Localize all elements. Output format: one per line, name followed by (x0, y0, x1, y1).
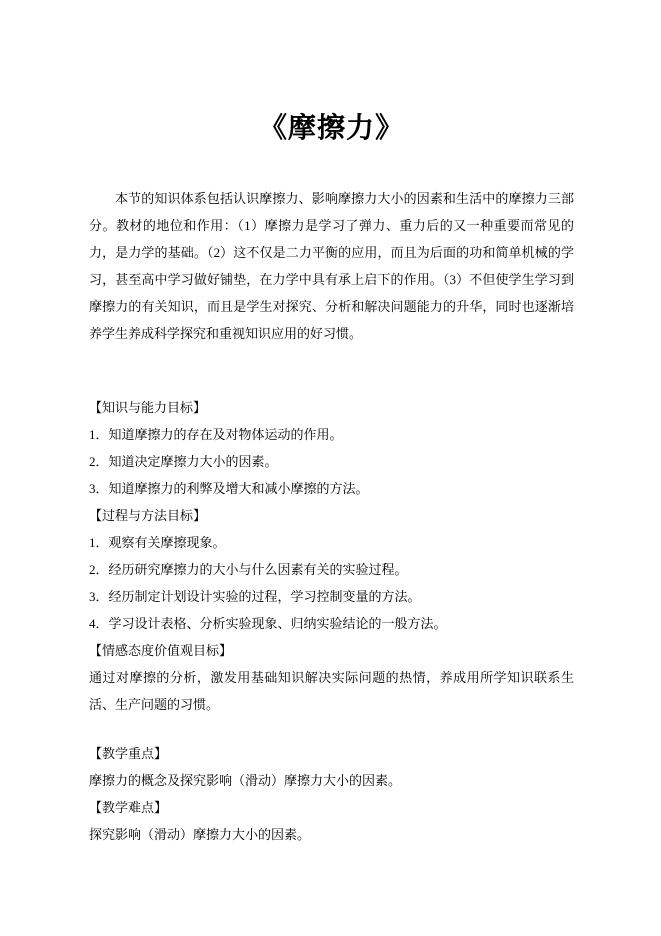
section-heading: 【过程与方法目标】 (89, 502, 574, 529)
section-heading: 【知识与能力目标】 (89, 394, 574, 421)
intro-paragraph: 本节的知识体系包括认识摩擦力、影响摩擦力大小的因素和生活中的摩擦力三部分。教材的… (89, 185, 574, 347)
section-heading: 【教学难点】 (89, 794, 574, 821)
section-emotion-attitude-values-goals: 【情感态度价值观目标】 通过对摩擦的分析，激发用基础知识解决实际问题的热情，养成… (89, 637, 574, 718)
list-item: 1．知道摩擦力的存在及对物体运动的作用。 (89, 421, 574, 448)
section-teaching-key-points: 【教学重点】 摩擦力的概念及探究影响（滑动）摩擦力大小的因素。 (89, 740, 574, 794)
list-item: 4．学习设计表格、分析实验现象、归纳实验结论的一般方法。 (89, 610, 574, 637)
list-item: 通过对摩擦的分析，激发用基础知识解决实际问题的热情，养成用所学知识联系生活、生产… (89, 664, 574, 718)
list-item: 3．经历制定计划设计实验的过程，学习控制变量的方法。 (89, 583, 574, 610)
document-page: 《摩擦力》 本节的知识体系包括认识摩擦力、影响摩擦力大小的因素和生活中的摩擦力三… (0, 0, 661, 936)
list-item: 3．知道摩擦力的利弊及增大和减小摩擦的方法。 (89, 475, 574, 502)
sections-block: 【知识与能力目标】 1．知道摩擦力的存在及对物体运动的作用。 2．知道决定摩擦力… (89, 394, 574, 848)
page-title: 《摩擦力》 (89, 108, 574, 150)
section-teaching-difficulties: 【教学难点】 探究影响（滑动）摩擦力大小的因素。 (89, 794, 574, 848)
section-heading: 【情感态度价值观目标】 (89, 637, 574, 664)
list-item: 2．知道决定摩擦力大小的因素。 (89, 448, 574, 475)
section-process-method-goals: 【过程与方法目标】 1．观察有关摩擦现象。 2．经历研究摩擦力的大小与什么因素有… (89, 502, 574, 637)
list-item: 2．经历研究摩擦力的大小与什么因素有关的实验过程。 (89, 556, 574, 583)
section-heading: 【教学重点】 (89, 740, 574, 767)
list-item: 摩擦力的概念及探究影响（滑动）摩擦力大小的因素。 (89, 767, 574, 794)
section-knowledge-ability-goals: 【知识与能力目标】 1．知道摩擦力的存在及对物体运动的作用。 2．知道决定摩擦力… (89, 394, 574, 502)
list-item: 1．观察有关摩擦现象。 (89, 529, 574, 556)
list-item: 探究影响（滑动）摩擦力大小的因素。 (89, 821, 574, 848)
